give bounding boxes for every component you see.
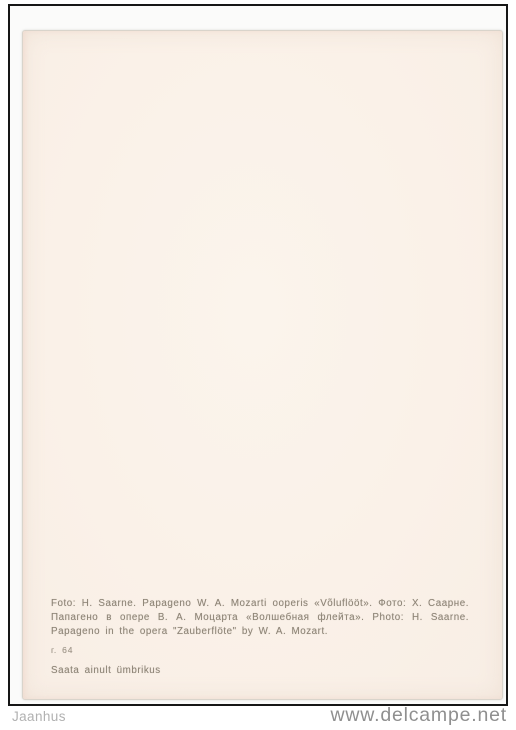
caption-line-english: Papageno in the opera "Zauberflöte" by W… bbox=[51, 625, 469, 639]
site-watermark: www.delcampe.net bbox=[331, 704, 507, 727]
caption-line-estonian-russian: Foto: H. Saarne. Papageno W. A. Mozarti … bbox=[51, 597, 469, 611]
print-code: г. 64 bbox=[51, 643, 469, 657]
postcard-caption-block: Foto: H. Saarne. Papageno W. A. Mozarti … bbox=[51, 597, 469, 678]
postcard-back: Foto: H. Saarne. Papageno W. A. Mozarti … bbox=[22, 30, 503, 700]
envelope-note: Saata ainult ümbrikus bbox=[51, 664, 469, 678]
caption-line-russian-english: Папагено в опере В. А. Моцарта «Волшебна… bbox=[51, 611, 469, 625]
seller-watermark: Jaanhus bbox=[12, 709, 66, 724]
